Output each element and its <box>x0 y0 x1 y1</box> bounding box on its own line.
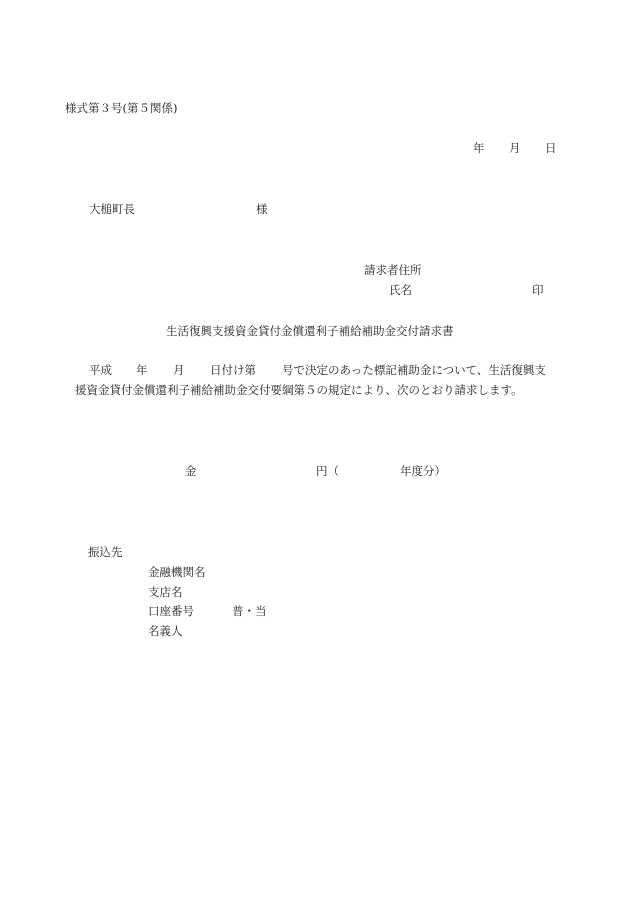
form-number: 様式第３号(第５関係) <box>65 101 177 115</box>
addressee-honorific: 様 <box>256 202 268 216</box>
body-line2: 援資金貸付金償還利子補給補助金交付要綱第５の規定により、次のとおり請求します。 <box>75 383 523 397</box>
seal-mark: 印 <box>532 283 544 297</box>
requester-name-label: 氏名 <box>389 283 412 297</box>
date-day-label: 日 <box>545 141 557 155</box>
date-year-label: 年 <box>473 141 485 155</box>
transfer-heading: 振込先 <box>88 545 123 559</box>
addressee-name: 大槌町長 <box>89 202 135 216</box>
requester-address-label: 請求者住所 <box>364 263 422 277</box>
bank-name-label: 金融機関名 <box>148 565 206 579</box>
body-era: 平成 <box>89 363 112 377</box>
body-year: 年 <box>136 363 148 377</box>
date-month-label: 月 <box>509 141 521 155</box>
body-day-prefix: 日付け第 <box>210 363 256 377</box>
account-number-label: 口座番号 <box>148 604 194 618</box>
document-title: 生活復興支援資金貸付金償還利子補給補助金交付請求書 <box>166 324 454 338</box>
amount-yen: 円（ <box>316 464 339 478</box>
account-type-options: 普・当 <box>232 604 267 618</box>
branch-name-label: 支店名 <box>148 585 183 599</box>
body-line1-rest: 号で決定のあった標記補助金について、生活復興支 <box>282 363 546 377</box>
account-holder-label: 名義人 <box>148 624 183 638</box>
body-month: 月 <box>173 363 185 377</box>
amount-prefix: 金 <box>185 464 197 478</box>
amount-fiscal-year: 年度分） <box>400 464 446 478</box>
